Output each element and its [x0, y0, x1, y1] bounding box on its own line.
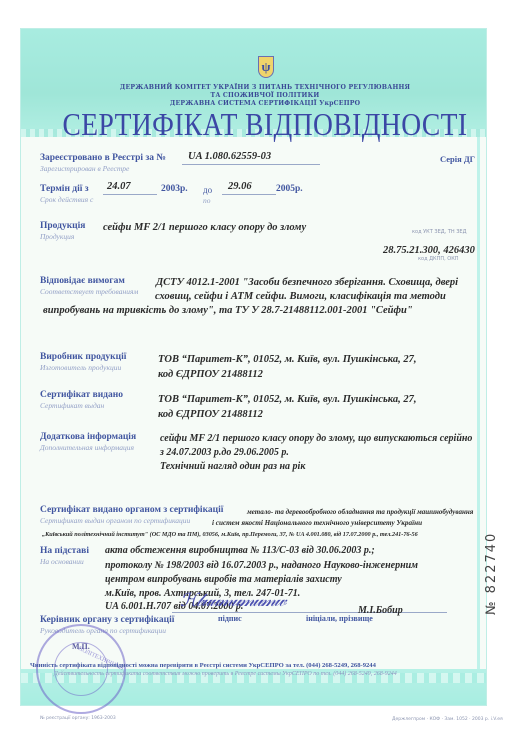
org-line-1: ДЕРЖАВНИЙ КОМІТЕТ УКРАЇНИ З ПИТАНЬ ТЕХНІ…: [0, 84, 530, 92]
product-value: сейфи MF 2/1 першого класу опору до злом…: [103, 221, 306, 235]
basis-line-2: протоколу № 198/2003 від 16.07.2003 р., …: [105, 559, 418, 573]
registry-label-ru: Зарегистрирован в Реестре: [40, 164, 166, 173]
signature: ℋ𝒷𝓊𝓊𝓂𝓊𝓂𝓊𝓂𝓌: [180, 591, 300, 613]
issuing-organization: ДЕРЖАВНИЙ КОМІТЕТ УКРАЇНИ З ПИТАНЬ ТЕХНІ…: [0, 84, 530, 108]
product-code-caption-bottom: код ДКПП, ОКП: [418, 256, 459, 262]
manufacturer-line-2: код ЄДРПОУ 21488112: [158, 368, 263, 382]
additional-line-3: Технічний нагляд один раз на рік: [160, 460, 305, 474]
product-label-ua: Продукція: [40, 221, 85, 231]
validity-to: 29.06: [222, 180, 276, 195]
additional-info-label-ru: Дополнительная информация: [40, 443, 136, 452]
head-label-ua: Керівник органу з сертифікації: [40, 615, 174, 625]
cert-body-line-1: метало- та деревообробного обладнання та…: [247, 508, 473, 517]
issued-to-line-2: код ЄДРПОУ 21488112: [158, 408, 263, 422]
validity-from-year: 2003р.: [161, 184, 188, 194]
product-code-caption-top: код УКТ ЗЕД, ТН ЗЕД: [412, 229, 467, 235]
official-seal: ПОЛІТЕХНІЧНИЙ: [36, 624, 126, 714]
basis-line-3: центром випробувань виробів та матеріалі…: [105, 573, 342, 587]
additional-info-label-ua: Додаткова інформація: [40, 432, 136, 442]
print-note: Держлегпром · КОФ · Зам. 1052 · 2003 р. …: [392, 717, 503, 722]
product-label-ru: Продукция: [40, 232, 85, 241]
org-line-2: ТА СПОЖИВЧОЇ ПОЛІТИКИ: [0, 92, 530, 100]
signature-caption: підпис: [218, 614, 242, 623]
decorative-border: [477, 137, 480, 669]
validity-label-ua: Термін дії з: [40, 184, 89, 194]
name-caption: ініціали, прізвище: [306, 614, 373, 623]
series-label: Серія ДГ: [440, 154, 475, 165]
manufacturer-label: Виробник продукції Изготовитель продукци…: [40, 352, 126, 372]
basis-label-ua: На підставі: [40, 546, 89, 556]
registry-label-ua: Зареєстровано в Реєстрі за №: [40, 153, 166, 163]
cert-body-line-2: і систем якості Національного технічного…: [212, 519, 422, 528]
requirements-line-2: сховищ, сейфи і АТМ сейфи. Вимоги, класи…: [155, 290, 446, 304]
verify-text-ru: Действительность сертификата соответстви…: [54, 671, 397, 677]
additional-info-label: Додаткова інформація Дополнительная инфо…: [40, 432, 136, 452]
manufacturer-line-1: ТОВ “Паритет-К”, 01052, м. Київ, вул. Пу…: [158, 353, 416, 367]
requirements-line-1: ДСТУ 4012.1-2001 "Засоби безпечного збер…: [156, 276, 458, 290]
product-label: Продукція Продукция: [40, 221, 85, 241]
issued-to-label-ru: Сертификат выдан: [40, 401, 123, 410]
registry-number-value: UA 1.080.62559-03: [182, 150, 320, 165]
validity-to-year: 2005р.: [276, 184, 303, 194]
issued-to-line-1: ТОВ “Паритет-К”, 01052, м. Київ, вул. Пу…: [158, 393, 416, 407]
validity-label-ru: Срок действия с: [40, 195, 93, 204]
validity-to-label: до по: [203, 185, 212, 205]
validity-to-label-ru: по: [203, 196, 212, 205]
additional-line-1: сейфи MF 2/1 першого класу опору до злом…: [160, 432, 472, 446]
manufacturer-label-ru: Изготовитель продукции: [40, 363, 126, 372]
validity-from: 24.07: [103, 180, 157, 195]
issued-to-label: Сертифікат видано Сертификат выдан: [40, 390, 123, 410]
cert-body-label: Сертифікат видано органом з сертифікації…: [40, 505, 223, 525]
seal-label: М.П.: [72, 642, 90, 651]
requirements-label-ru: Соответствует требованиям: [40, 287, 138, 296]
requirements-label: Відповідає вимогам Соответствует требова…: [40, 276, 138, 296]
manufacturer-label-ua: Виробник продукції: [40, 352, 126, 362]
validity-to-label-ua: до: [203, 185, 212, 195]
cert-body-label-ru: Сертификат выдан органом по сертификации: [40, 516, 223, 525]
signature-line: [172, 612, 447, 613]
registry-number: UA 1.080.62559-03: [182, 150, 314, 165]
requirements-line-3: випробувань на тривкість до злому", та Т…: [43, 304, 413, 318]
validity-label: Термін дії з Срок действия с: [40, 184, 93, 204]
cert-body-label-ua: Сертифікат видано органом з сертифікації: [40, 505, 223, 515]
additional-line-2: з 24.07.2003 р.до 29.06.2005 р.: [160, 446, 289, 460]
document-title: СЕРТИФІКАТ ВІДПОВІДНОСТІ: [37, 106, 493, 143]
verify-text: Чинність сертифіката відповідності можна…: [30, 662, 376, 669]
basis-line-1: акта обстеження виробництва № 113/С-03 в…: [105, 544, 375, 558]
registration-note: № реєстрації органу: 1963-2003: [40, 716, 116, 721]
requirements-label-ua: Відповідає вимогам: [40, 276, 125, 286]
validity-from-date: 24.07: [103, 180, 157, 195]
issued-to-label-ua: Сертифікат видано: [40, 390, 123, 400]
basis-label-ru: На основании: [40, 557, 89, 566]
trident-emblem-icon: ψ: [258, 56, 274, 78]
validity-to-date: 29.06: [222, 180, 276, 195]
basis-label: На підставі На основании: [40, 546, 89, 566]
registry-label: Зареєстровано в Реєстрі за № Зарегистрир…: [40, 153, 166, 173]
serial-number: № 822740: [484, 532, 499, 615]
cert-body-line-3: „Київський політехнічний інститут" (ОС М…: [42, 530, 418, 539]
